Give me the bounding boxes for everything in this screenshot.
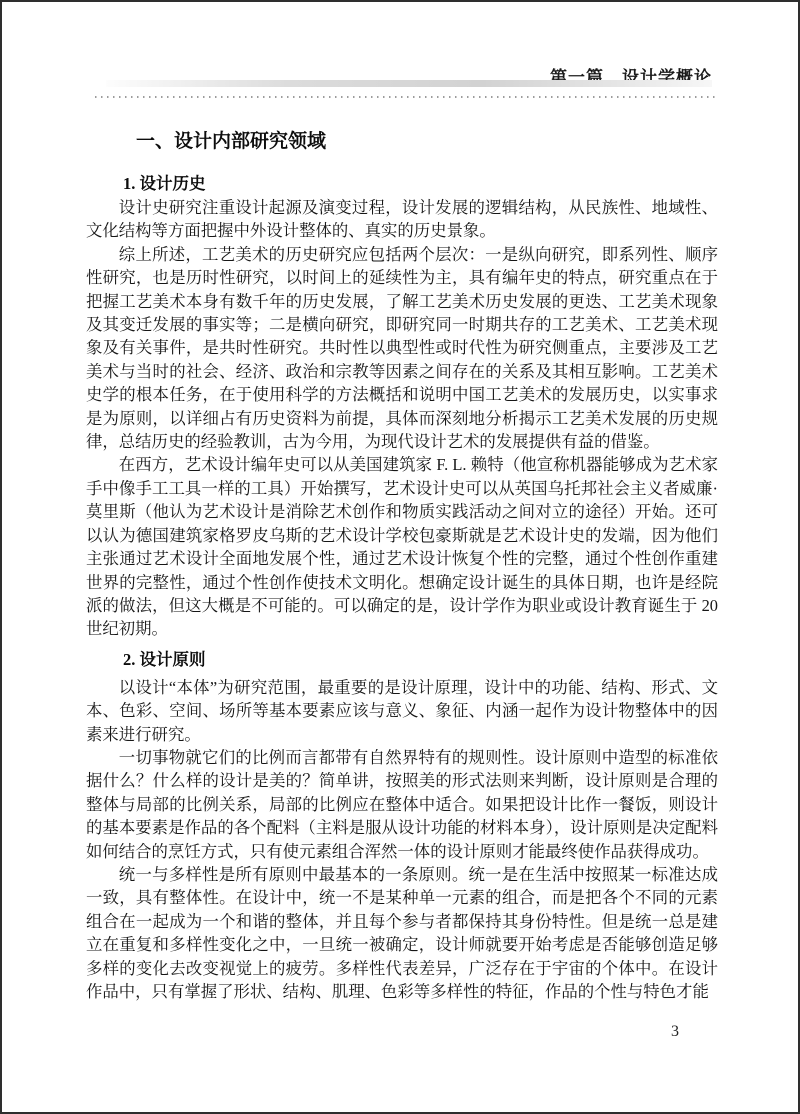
paragraph-design-history-2: 综上所述，工艺美术的历史研究应包括两个层次：一是纵向研究，即系列性、顺序性研究，… [86,243,718,454]
section-heading-design-history: 1. 设计历史 [123,174,718,193]
paragraph-design-history-1: 设计史研究注重设计起源及演变过程，设计发展的逻辑结构，从民族性、地域性、文化结构… [86,196,718,243]
paragraph-design-principles-1: 以设计“本体”为研究范围，最重要的是设计原理，设计中的功能、结构、形式、文本、色… [86,676,718,746]
paragraph-design-principles-3: 统一与多样性是所有原则中最基本的一条原则。统一是在生活中按照某一标准达成一致，具… [86,863,718,1003]
main-heading: 一、设计内部研究领域 [136,131,718,153]
section-heading-design-principles: 2. 设计原则 [123,650,718,669]
page-number: 3 [671,1023,679,1041]
paragraph-design-principles-2: 一切事物就它们的比例而言都带有自然界特有的规则性。设计原则中造型的标准依据什么？… [86,746,718,863]
book-page: 第一篇 设计学概论 一、设计内部研究领域 1. 设计历史 设计史研究注重设计起源… [0,0,800,1114]
page-content: 一、设计内部研究领域 1. 设计历史 设计史研究注重设计起源及演变过程，设计发展… [86,2,718,1003]
paragraph-design-history-3: 在西方，艺术设计编年史可以从美国建筑家 F. L. 赖特（他宣称机器能够成为艺术… [86,453,718,640]
